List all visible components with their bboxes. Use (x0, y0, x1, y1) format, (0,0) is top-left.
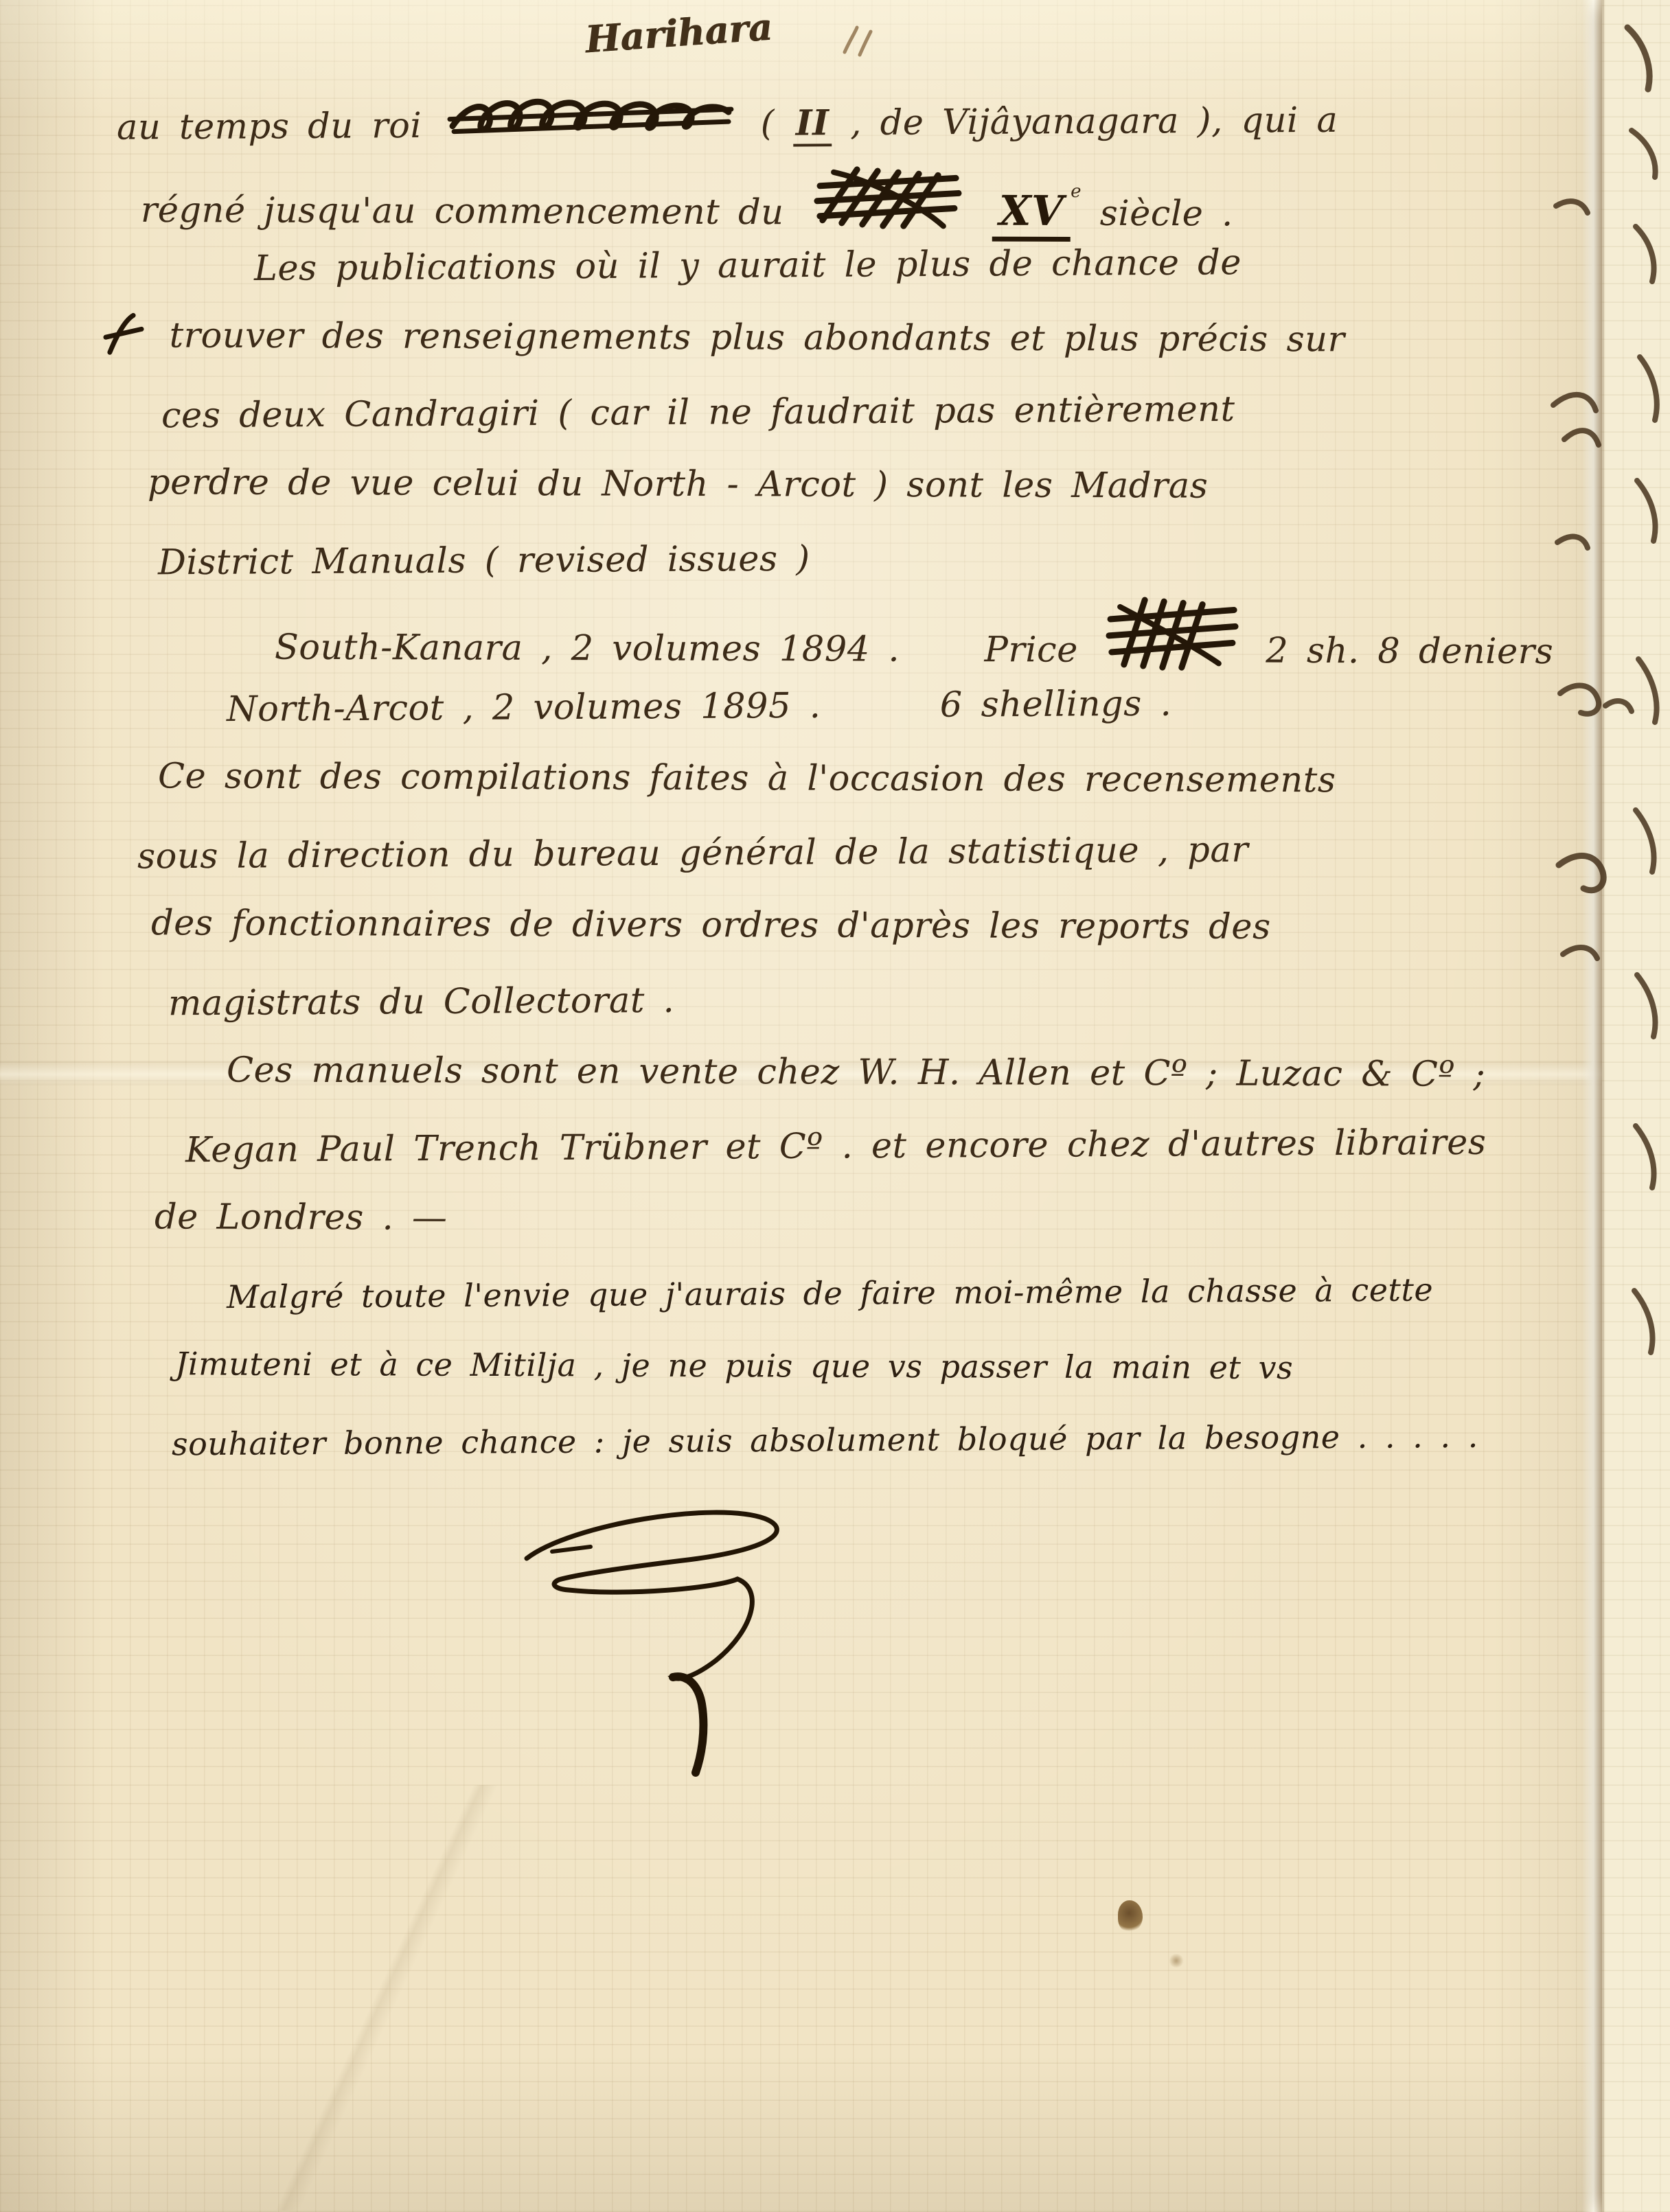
line-text: trouver des renseignements plus abondant… (170, 316, 1345, 360)
line-text: des fonctionnaires de divers ordres d'ap… (151, 903, 1271, 947)
handwritten-line: au temps du roi ( II , de Vijâyanagara )… (117, 76, 1605, 159)
handwritten-line: District Manuals ( revised issues ) (158, 518, 1605, 600)
price-label: Price (984, 630, 1077, 670)
scribbled-out-letter-icon (103, 311, 144, 356)
line-text: sous la direction du bureau général de l… (137, 830, 1248, 877)
ink-stain (1118, 1900, 1143, 1932)
stray-ink-marks (836, 19, 884, 67)
scribbled-out-price-icon (1103, 596, 1240, 672)
line-text: au temps du roi (117, 106, 422, 148)
line-text: Ce sont des compilations faites à l'occa… (158, 756, 1336, 800)
handwritten-line: de Londres . — (155, 1180, 1604, 1258)
signature-flourish (510, 1491, 825, 1786)
handwritten-line: sous la direction du bureau général de l… (137, 811, 1605, 893)
line-text: Jimuteni et à ce Mitilja , je ne puis qu… (175, 1345, 1293, 1386)
handwritten-line: Kegan Paul Trench Trübner et Cº . et enc… (185, 1105, 1605, 1188)
ink-stain-small (1169, 1954, 1184, 1968)
line-text: de Londres . — (155, 1197, 448, 1238)
handwritten-line: souhaiter bonne chance : je suis absolum… (172, 1399, 1605, 1482)
line-text: Ces manuels sont en vente chez W. H. All… (227, 1050, 1485, 1094)
line-text: perdre de vue celui du North - Arcot ) s… (148, 462, 1209, 506)
line-text: Les publications où il y aurait le plus … (254, 242, 1242, 289)
handwritten-line: régné jusqu'au commencement du XVe siècl… (141, 152, 1604, 230)
handwritten-line: Ce sont des compilations faites à l'occa… (158, 739, 1604, 818)
line-text: 6 shellings . (940, 684, 1172, 726)
handwritten-line: Jimuteni et à ce Mitilja , je ne puis qu… (175, 1327, 1604, 1405)
line-text: Malgré toute l'envie que j'aurais de fai… (227, 1271, 1433, 1315)
line-text: ces deux Candragiri ( car il ne faudrait… (161, 389, 1235, 437)
line-text: magistrats du Collectorat . (168, 980, 675, 1024)
line-text: North-Arcot , 2 volumes 1895 . (227, 686, 821, 730)
spacer (839, 717, 922, 717)
line-text: Kegan Paul Trench Trübner et Cº . et enc… (185, 1122, 1487, 1171)
handwritten-line: ces deux Candragiri ( car il ne faudrait… (161, 371, 1605, 453)
scanned-letter-page: { "document": { "kind": "handwritten-let… (0, 0, 1670, 2212)
open-paren: ( (760, 104, 775, 144)
handwritten-line: magistrats du Collectorat . (168, 958, 1605, 1041)
roman-numeral-two: II (793, 102, 832, 146)
handwritten-line: Malgré toute l'envie que j'aurais de fai… (227, 1252, 1605, 1334)
handwritten-line: Les publications où il y aurait le plus … (254, 224, 1605, 306)
line-text: South-Kanara , 2 volumes 1894 . (275, 627, 900, 670)
handwritten-line: des fonctionnaires de divers ordres d'ap… (151, 886, 1604, 965)
line-text: , de Vijâyanagara ), qui a (850, 100, 1338, 143)
handwritten-line: North-Arcot , 2 volumes 1895 . 6 shellin… (227, 665, 1605, 746)
line-text: régné jusqu'au commencement du (141, 190, 784, 233)
letter-body: au temps du roi ( II , de Vijâyanagara )… (0, 81, 1604, 1477)
handwritten-line: perdre de vue celui du North - Arcot ) s… (148, 446, 1604, 524)
line-text: souhaiter bonne chance : je suis absolum… (172, 1418, 1478, 1463)
adjacent-page-text-fragments (1540, 0, 1670, 1442)
ordinal-superscript: e (1071, 181, 1082, 202)
handwritten-line: South-Kanara , 2 volumes 1894 . Price 2 … (275, 593, 1604, 671)
scribbled-out-word-icon (447, 82, 736, 147)
scribbled-out-numeral-icon (809, 162, 967, 234)
handwritten-line: Ces manuels sont en vente chez W. H. All… (227, 1033, 1604, 1111)
line-text: District Manuals ( revised issues ) (158, 539, 810, 584)
handwritten-line: trouver des renseignements plus abondant… (96, 299, 1604, 378)
